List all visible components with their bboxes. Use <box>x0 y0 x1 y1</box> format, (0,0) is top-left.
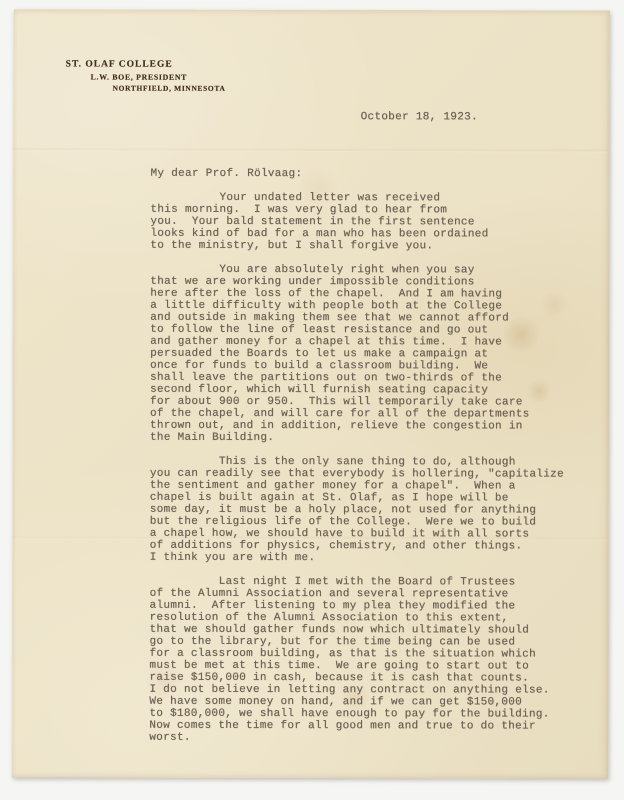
letter-paper: ST. OLAF COLLEGE L.W. BOE, PRESIDENT NOR… <box>12 9 610 778</box>
date-line: October 18, 1923. <box>361 111 478 123</box>
paragraph: Your undated letter was received this mo… <box>150 192 574 253</box>
paragraph: This is the only sane thing to do, altho… <box>150 456 574 565</box>
letter-body: My dear Prof. Rölvaag: Your undated lett… <box>149 168 574 757</box>
salutation: My dear Prof. Rölvaag: <box>150 168 574 181</box>
paragraph: Last night I met with the Board of Trust… <box>149 576 573 745</box>
fold-crease <box>14 148 610 152</box>
letterhead: ST. OLAF COLLEGE L.W. BOE, PRESIDENT NOR… <box>66 59 226 92</box>
letterhead-president-line: L.W. BOE, PRESIDENT <box>91 72 226 81</box>
scan-background: ST. OLAF COLLEGE L.W. BOE, PRESIDENT NOR… <box>0 0 624 800</box>
letterhead-location-line: NORTHFIELD, MINNESOTA <box>113 84 226 93</box>
paragraph: You are absolutely right when you say th… <box>150 264 574 445</box>
letterhead-college-name: ST. OLAF COLLEGE <box>66 59 226 69</box>
